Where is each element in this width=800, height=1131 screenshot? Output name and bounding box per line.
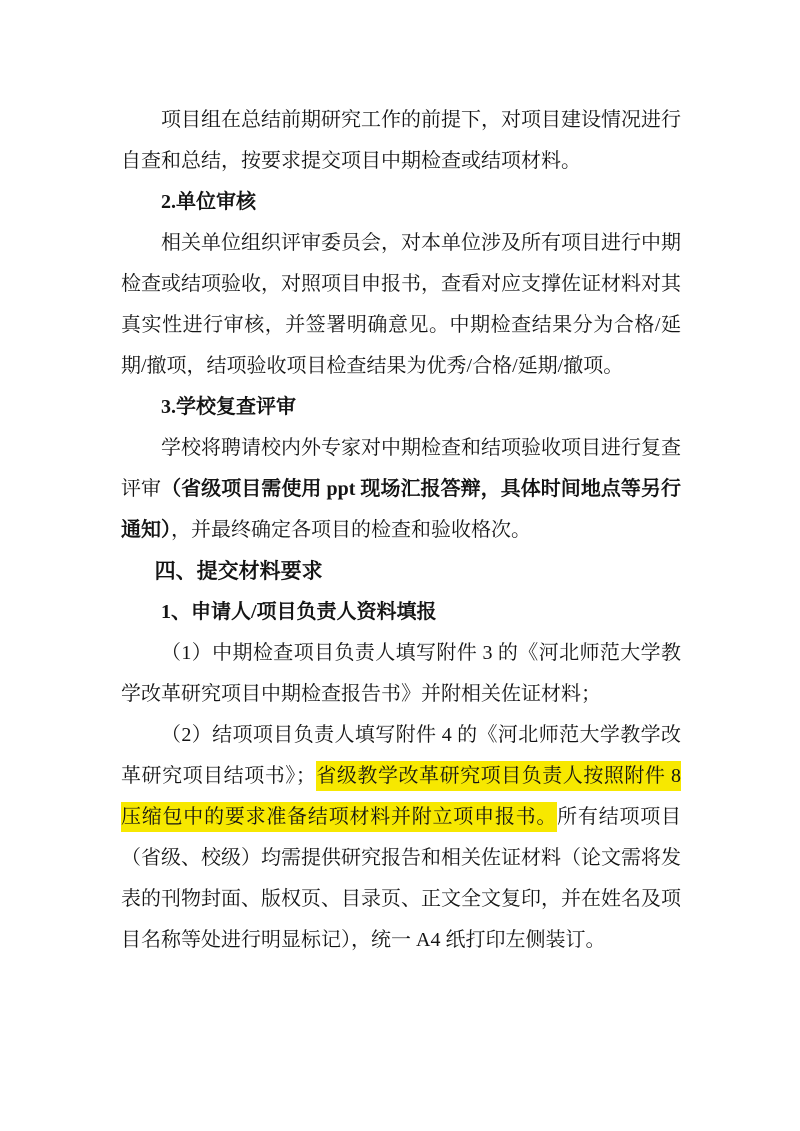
heading-unit-review: 2.单位审核 [121,182,681,223]
paragraph-midterm-report-attachment3: （1）中期检查项目负责人填写附件 3 的《河北师范大学教学改革研究项目中期检查报… [121,633,681,715]
paragraph-school-recheck-detail: 学校将聘请校内外专家对中期检查和结项验收项目进行复查评审（省级项目需使用 ppt… [121,428,681,551]
document-page: 项目组在总结前期研究工作的前提下，对项目建设情况进行自查和总结，按要求提交项目中… [0,0,800,1131]
heading-item-1-applicant-filing: 1、申请人/项目负责人资料填报 [121,592,681,633]
heading-school-recheck: 3.学校复查评审 [121,387,681,428]
paragraph-project-self-check: 项目组在总结前期研究工作的前提下，对项目建设情况进行自查和总结，按要求提交项目中… [121,100,681,182]
text-run: ，并最终确定各项目的检查和验收格次。 [171,519,531,541]
document-body: 项目组在总结前期研究工作的前提下，对项目建设情况进行自查和总结，按要求提交项目中… [121,100,681,961]
heading-section-4-materials: 四、提交材料要求 [121,551,681,592]
paragraph-unit-review-detail: 相关单位组织评审委员会，对本单位涉及所有项目进行中期检查或结项验收，对照项目申报… [121,223,681,387]
paragraph-closure-materials: （2）结项项目负责人填写附件 4 的《河北师范大学教学改革研究项目结项书》；省级… [121,715,681,961]
